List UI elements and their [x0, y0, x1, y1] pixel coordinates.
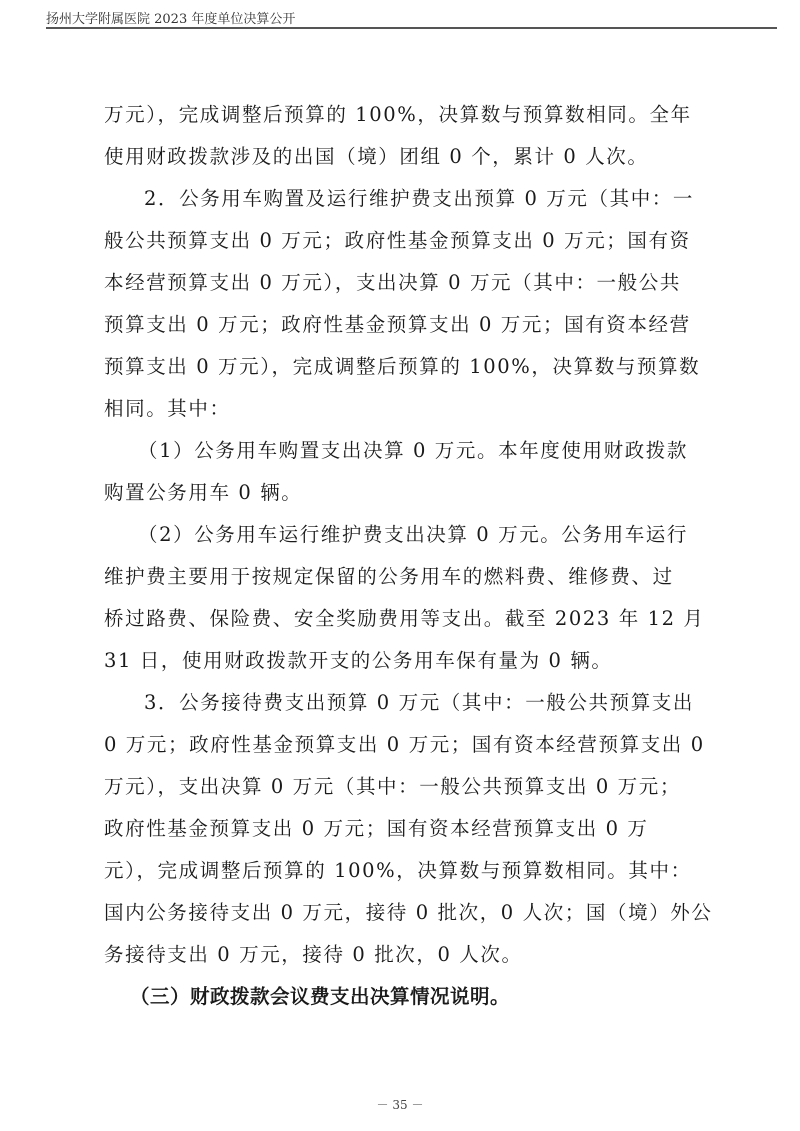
body-line: 般公共预算支出 0 万元；政府性基金预算支出 0 万元；国有资 — [104, 226, 704, 256]
body-line: 预算支出 0 万元；政府性基金预算支出 0 万元；国有资本经营 — [104, 310, 704, 340]
page-number: － 35 － — [0, 1096, 800, 1113]
section-heading: （三）财政拨款会议费支出决算情况说明。 — [130, 982, 730, 1012]
body-line: 维护费主要用于按规定保留的公务用车的燃料费、维修费、过 — [104, 562, 704, 592]
body-line: 国内公务接待支出 0 万元，接待 0 批次，0 人次；国（境）外公 — [104, 898, 704, 928]
body-line: 政府性基金预算支出 0 万元；国有资本经营预算支出 0 万 — [104, 814, 704, 844]
body-line: 3．公务接待费支出预算 0 万元（其中：一般公共预算支出 — [144, 688, 744, 718]
body-line: 使用财政拨款涉及的出国（境）团组 0 个，累计 0 人次。 — [104, 142, 704, 172]
body-line: 务接待支出 0 万元，接待 0 批次，0 人次。 — [104, 940, 704, 970]
body-line: 31 日，使用财政拨款开支的公务用车保有量为 0 辆。 — [104, 646, 704, 676]
body-line: 0 万元；政府性基金预算支出 0 万元；国有资本经营预算支出 0 — [104, 730, 704, 760]
body-line: （1）公务用车购置支出决算 0 万元。本年度使用财政拨款 — [138, 436, 738, 466]
header-divider — [46, 27, 777, 29]
body-line: 元），完成调整后预算的 100%，决算数与预算数相同。其中： — [104, 856, 704, 886]
body-line: 相同。其中： — [104, 394, 704, 424]
body-line: 预算支出 0 万元），完成调整后预算的 100%，决算数与预算数 — [104, 352, 704, 382]
body-line: （2）公务用车运行维护费支出决算 0 万元。公务用车运行 — [138, 520, 738, 550]
body-line: 桥过路费、保险费、安全奖励费用等支出。截至 2023 年 12 月 — [104, 604, 704, 634]
body-line: 购置公务用车 0 辆。 — [104, 478, 704, 508]
body-line: 本经营预算支出 0 万元），支出决算 0 万元（其中：一般公共 — [104, 268, 704, 298]
body-line: 万元），完成调整后预算的 100%，决算数与预算数相同。全年 — [104, 100, 704, 130]
body-line: 2．公务用车购置及运行维护费支出预算 0 万元（其中：一 — [144, 184, 744, 214]
body-line: 万元），支出决算 0 万元（其中：一般公共预算支出 0 万元； — [104, 772, 704, 802]
page-header: 扬州大学附属医院 2023 年度单位决算公开 — [46, 8, 776, 28]
